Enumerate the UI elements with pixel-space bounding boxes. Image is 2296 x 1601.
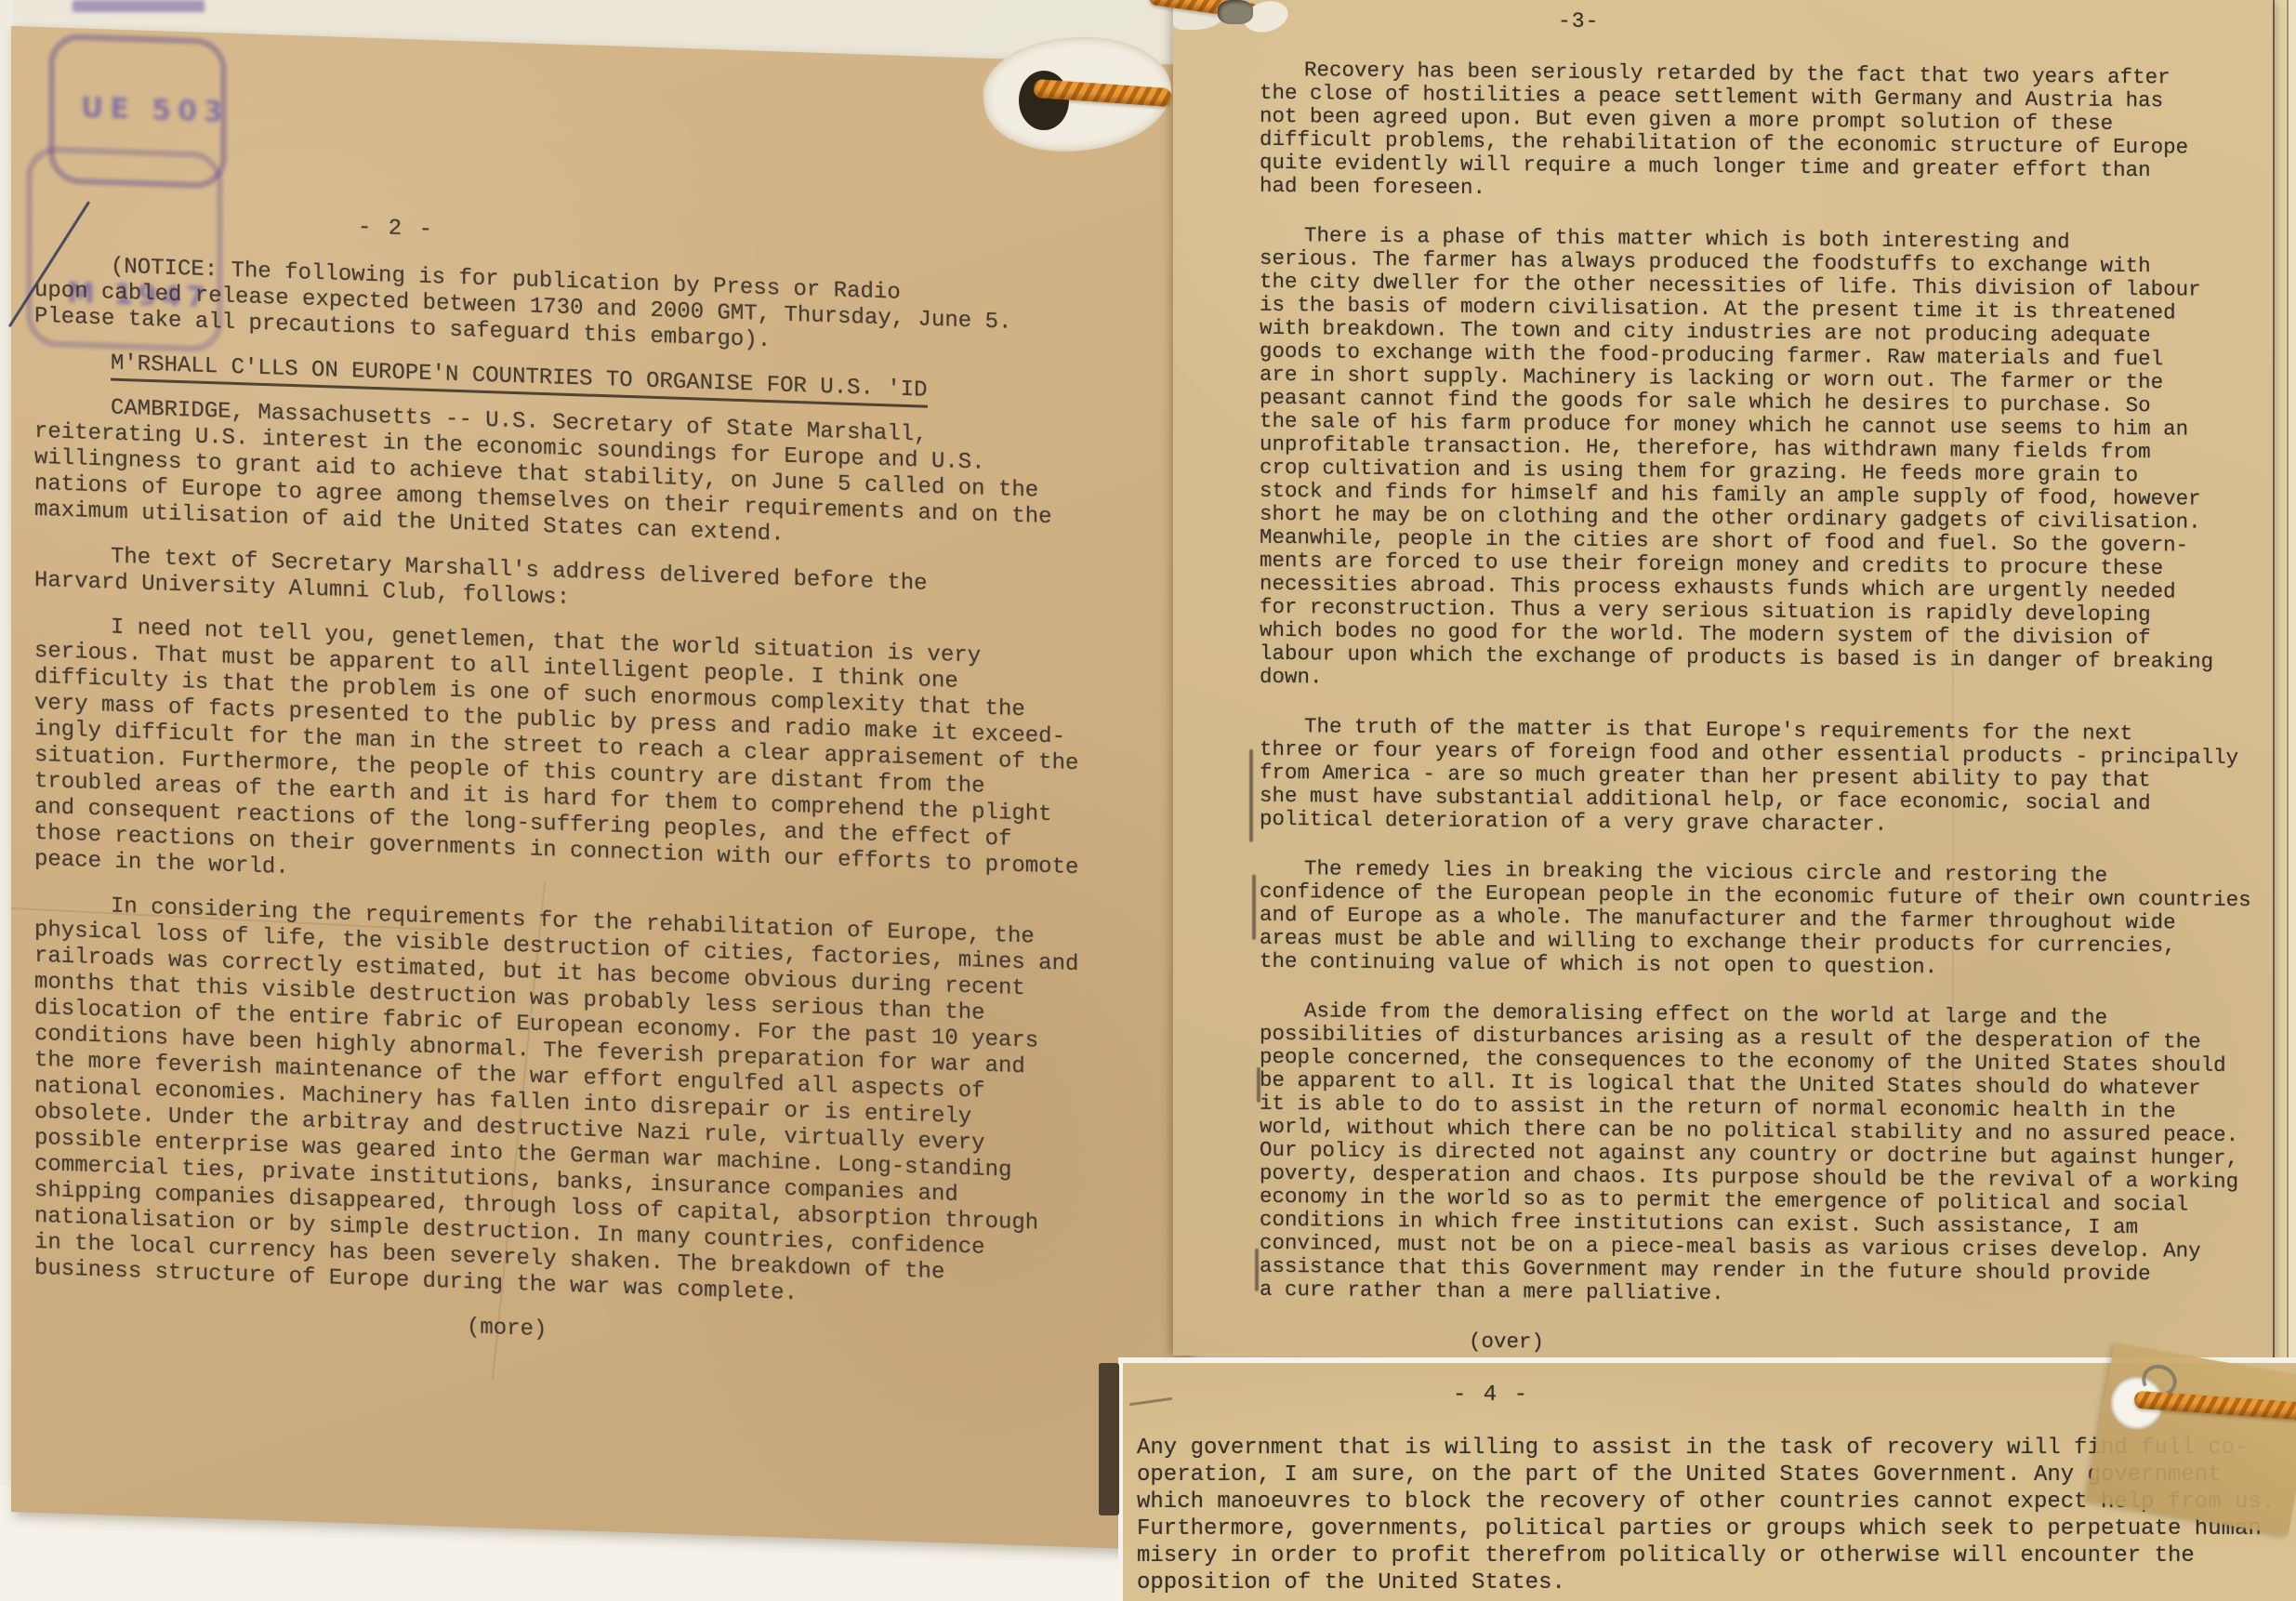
paragraph: CAMBRIDGE, Massachusetts -- U.S. Secreta…	[34, 393, 1168, 561]
page-2: UE 503 M 1947 - 2 - (NOTICE: The followi…	[11, 26, 1190, 1551]
paragraph: Recovery has been seriously retarded by …	[1260, 59, 2259, 206]
paragraph: Aside from the demoralising effect on th…	[1260, 999, 2259, 1310]
pencil-margin-mark	[1252, 875, 1256, 940]
page-number: - 2 -	[358, 215, 434, 243]
page-2-body: (NOTICE: The following is for publicatio…	[34, 252, 1168, 1363]
paper-stack-edge	[2273, 0, 2296, 1363]
pencil-margin-mark	[1255, 1249, 1259, 1291]
scanned-document-photo: UE 503 M 1947 - 2 - (NOTICE: The followi…	[0, 0, 2296, 1601]
paragraph: In considering the requirements for the …	[34, 892, 1168, 1319]
paragraph: The truth of the matter is that Europe's…	[1260, 715, 2259, 840]
page-edge-shadow	[1099, 1363, 1119, 1515]
page-number: -3-	[1558, 9, 1599, 33]
pencil-margin-mark	[1249, 749, 1253, 842]
pencil-mark-dash	[1129, 1397, 1172, 1406]
paragraph: The remedy lies in breaking the vicious …	[1260, 857, 2259, 982]
stamp-ink-spill	[73, 0, 205, 12]
continuation-marker: (more)	[467, 1315, 1168, 1363]
paragraph: I need not tell you, genetlemen, that th…	[34, 613, 1168, 910]
page-4-strip: - 4 - Any government that is willing to …	[1118, 1357, 2296, 1601]
page-number: - 4 -	[1453, 1383, 1529, 1408]
paper-crease	[1952, 274, 1954, 1092]
notice-paragraph: (NOTICE: The following is for publicatio…	[34, 252, 1168, 367]
paragraph: There is a phase of this matter which is…	[1260, 224, 2259, 697]
metal-clasp	[1218, 0, 1253, 24]
page-3-body: Recovery has been seriously retarded by …	[1260, 59, 2259, 1360]
pencil-margin-mark	[1257, 1067, 1260, 1103]
page-3: -3- Recovery has been seriously retarded…	[1173, 0, 2273, 1365]
stamp-text-top: UE 503	[81, 91, 230, 128]
